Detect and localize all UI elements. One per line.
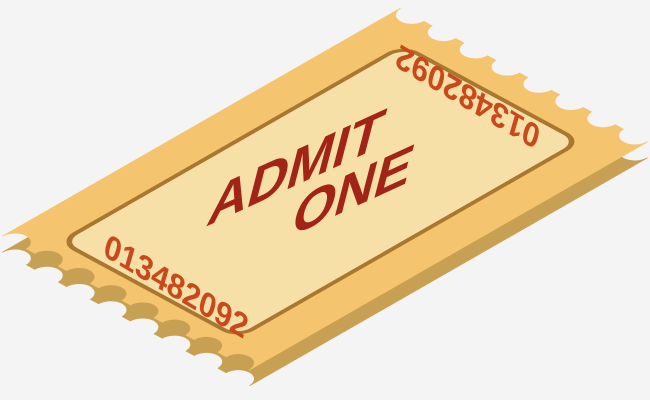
- admit-one-ticket-illustration: ADMIT ONE 013482092 013482092: [0, 0, 650, 400]
- illustration-canvas: ADMIT ONE 013482092 013482092: [0, 0, 650, 400]
